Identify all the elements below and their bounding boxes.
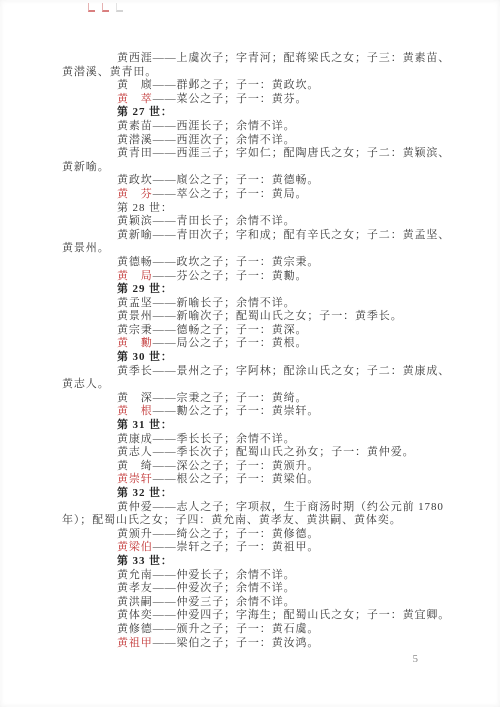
genealogy-line: 黄 深——宗秉之子；子一：黄绮。	[62, 392, 444, 406]
scan-artifact-top	[88, 3, 123, 11]
genealogy-line: 黄志人。	[62, 378, 444, 392]
line-text: ——萃公之子；子一：黄局。	[153, 188, 308, 200]
line-text: 黄潜溪——西涯次子；余情不详。	[117, 134, 296, 146]
genealogy-line: 黄颁升——绮公之子；子一：黄修德。	[62, 528, 444, 542]
genealogy-line: 黄体奕——仲爱四子；字海生；配蜀山氏之女；子一：黄宜卿。	[62, 609, 444, 623]
genealogy-line: 黄西涯——上虞次子；字青河；配蒋梁氏之女；子三：黄素苗、	[62, 52, 444, 66]
scanned-genealogy-page: 黄西涯——上虞次子；字青河；配蒋梁氏之女；子三：黄素苗、 黄潜溪、黄青田。 黄 …	[0, 0, 500, 707]
genealogy-line: 黄青田——西涯三子；字如仁；配陶唐氏之女；子二：黄颖滨、	[62, 147, 444, 161]
line-text: ——梁伯之子；子一：黄汝鸿。	[153, 637, 320, 649]
genealogy-line: 黄德畅——政坎之子；子一：黄宗秉。	[62, 256, 444, 270]
line-text: 黄 绮——深公之子；子一：黄颁升。	[117, 460, 319, 472]
line-text: ——芬公之子；子一：黄勷。	[153, 270, 308, 282]
line-text: 黄景州——新喻次子；配蜀山氏之女；子一：黄季长。	[117, 310, 403, 322]
highlighted-name: 黄崇轩	[117, 473, 153, 485]
line-text: 黄青田——西涯三子；字如仁；配陶唐氏之女；子二：黄颖滨、	[117, 147, 450, 159]
cropped-glyph-mark	[116, 3, 123, 12]
line-text: ——崇轩之子；子一：黄祖甲。	[153, 541, 320, 553]
genealogy-line: 第 27 世：	[62, 106, 444, 120]
genealogy-line: 黄 萃——菜公之子；子一：黄芬。	[62, 93, 444, 107]
line-text: 黄颁升——绮公之子；子一：黄修德。	[117, 528, 319, 540]
genealogy-line: 黄仲爱——志人之子；字项叔，生于商汤时期（约公元前 1780	[62, 501, 444, 515]
genealogy-line: 第 28 世：	[62, 202, 444, 216]
line-text: 第 30 世：	[117, 351, 173, 363]
genealogy-line: 黄 局——芬公之子；子一：黄勷。	[62, 270, 444, 284]
genealogy-line: 黄颖滨——青田长子；余情不详。	[62, 215, 444, 229]
cropped-glyph-mark	[102, 3, 109, 12]
genealogy-line: 黄新喻——青田次子；字和成；配有辛氏之女；子二：黄孟坚、	[62, 229, 444, 243]
genealogy-line: 黄新喻。	[62, 161, 444, 175]
highlighted-name: 黄 局	[117, 270, 153, 282]
highlighted-name: 黄 根	[117, 405, 153, 417]
line-text: 黄西涯——上虞次子；字青河；配蒋梁氏之女；子三：黄素苗、	[117, 52, 450, 64]
genealogy-line: 黄修德——颁升之子；子一：黄石虞。	[62, 623, 444, 637]
genealogy-line: 黄素苗——西涯长子；余情不详。	[62, 120, 444, 134]
line-text: 黄允南——仲爱长子；余情不详。	[117, 569, 296, 581]
line-text: 黄洪嗣——仲爱三子；余情不详。	[117, 596, 296, 608]
line-text: 黄孟坚——新喻长子；余情不详。	[117, 297, 296, 309]
line-text: 黄康成——季长长子；余情不详。	[117, 433, 296, 445]
genealogy-lines: 黄西涯——上虞次子；字青河；配蒋梁氏之女；子三：黄素苗、 黄潜溪、黄青田。 黄 …	[62, 52, 444, 650]
line-text: 黄 庼——群邺之子；子一：黄政坎。	[117, 79, 319, 91]
genealogy-line: 黄潜溪——西涯次子；余情不详。	[62, 134, 444, 148]
genealogy-line: 黄景州。	[62, 242, 444, 256]
genealogy-line: 黄祖甲——梁伯之子；子一：黄汝鸿。	[62, 637, 444, 651]
genealogy-line: 第 29 世：	[62, 283, 444, 297]
genealogy-line: 黄洪嗣——仲爱三子；余情不详。	[62, 596, 444, 610]
line-text: 第 31 世：	[117, 419, 173, 431]
line-text: 黄颖滨——青田长子；余情不详。	[117, 215, 296, 227]
genealogy-line: 第 33 世：	[62, 555, 444, 569]
line-text: 第 28 世：	[117, 202, 173, 214]
highlighted-name: 黄 萃	[117, 93, 153, 105]
line-text: 第 33 世：	[117, 555, 173, 567]
genealogy-line: 黄季长——景州之子；字阿林；配涂山氏之女；子二：黄康成、	[62, 365, 444, 379]
genealogy-line: 黄 根——勷公之子；子一：黄崇轩。	[62, 405, 444, 419]
line-text: 第 29 世：	[117, 283, 173, 295]
line-text: 黄素苗——西涯长子；余情不详。	[117, 120, 296, 132]
genealogy-line: 黄志人——季长次子；配蜀山氏之孙女；子一：黄仲爱。	[62, 446, 444, 460]
line-text: 黄政坎——庼公之子；子一：黄德畅。	[117, 174, 319, 186]
highlighted-name: 黄 芬	[117, 188, 153, 200]
genealogy-line: 黄孝友——仲爱次子；余情不详。	[62, 582, 444, 596]
genealogy-line: 第 31 世：	[62, 419, 444, 433]
genealogy-line: 黄宗秉——德畅之子；子一：黄深。	[62, 324, 444, 338]
highlighted-name: 黄 勷	[117, 337, 153, 349]
line-text: ——菜公之子；子一：黄芬。	[153, 93, 308, 105]
genealogy-line: 黄 芬——萃公之子；子一：黄局。	[62, 188, 444, 202]
line-text: ——局公之子；子一：黄根。	[153, 337, 308, 349]
line-text: 年）；配蜀山氏之女；子四：黄允南、黄孝友、黄洪嗣、黄体奕。	[62, 514, 402, 526]
genealogy-line: 黄 庼——群邺之子；子一：黄政坎。	[62, 79, 444, 93]
genealogy-line: 黄梁伯——崇轩之子；子一：黄祖甲。	[62, 541, 444, 555]
genealogy-line: 黄景州——新喻次子；配蜀山氏之女；子一：黄季长。	[62, 310, 444, 324]
line-text: ——勷公之子；子一：黄崇轩。	[153, 405, 320, 417]
line-text: 黄德畅——政坎之子；子一：黄宗秉。	[117, 256, 319, 268]
page-number: 5	[413, 653, 419, 665]
line-text: ——根公之子；子一：黄梁伯。	[153, 473, 320, 485]
genealogy-line: 黄允南——仲爱长子；余情不详。	[62, 569, 444, 583]
line-text: 黄体奕——仲爱四子；字海生；配蜀山氏之女；子一：黄宜卿。	[117, 609, 450, 621]
genealogy-line: 黄崇轩——根公之子；子一：黄梁伯。	[62, 473, 444, 487]
line-text: 黄季长——景州之子；字阿林；配涂山氏之女；子二：黄康成、	[117, 365, 450, 377]
genealogy-line: 黄孟坚——新喻长子；余情不详。	[62, 297, 444, 311]
line-text: 黄新喻。	[62, 161, 110, 173]
line-text: 第 32 世：	[117, 487, 173, 499]
genealogy-line: 黄潜溪、黄青田。	[62, 66, 444, 80]
genealogy-line: 黄康成——季长长子；余情不详。	[62, 433, 444, 447]
genealogy-line: 黄政坎——庼公之子；子一：黄德畅。	[62, 174, 444, 188]
line-text: 第 27 世：	[117, 106, 173, 118]
genealogy-line: 黄 绮——深公之子；子一：黄颁升。	[62, 460, 444, 474]
line-text: 黄志人。	[62, 378, 110, 390]
line-text: 黄修德——颁升之子；子一：黄石虞。	[117, 623, 319, 635]
line-text: 黄潜溪、黄青田。	[62, 66, 157, 78]
line-text: 黄孝友——仲爱次子；余情不详。	[117, 582, 296, 594]
genealogy-line: 第 30 世：	[62, 351, 444, 365]
line-text: 黄志人——季长次子；配蜀山氏之孙女；子一：黄仲爱。	[117, 446, 415, 458]
line-text: 黄新喻——青田次子；字和成；配有辛氏之女；子二：黄孟坚、	[117, 229, 450, 241]
line-text: 黄景州。	[62, 242, 110, 254]
genealogy-line: 年）；配蜀山氏之女；子四：黄允南、黄孝友、黄洪嗣、黄体奕。	[62, 514, 444, 528]
line-text: 黄宗秉——德畅之子；子一：黄深。	[117, 324, 307, 336]
genealogy-line: 第 32 世：	[62, 487, 444, 501]
line-text: 黄仲爱——志人之子；字项叔，生于商汤时期（约公元前 1780	[117, 501, 444, 513]
line-text: 黄 深——宗秉之子；子一：黄绮。	[117, 392, 307, 404]
highlighted-name: 黄梁伯	[117, 541, 153, 553]
cropped-glyph-mark	[88, 3, 95, 12]
highlighted-name: 黄祖甲	[117, 637, 153, 649]
genealogy-line: 黄 勷——局公之子；子一：黄根。	[62, 337, 444, 351]
